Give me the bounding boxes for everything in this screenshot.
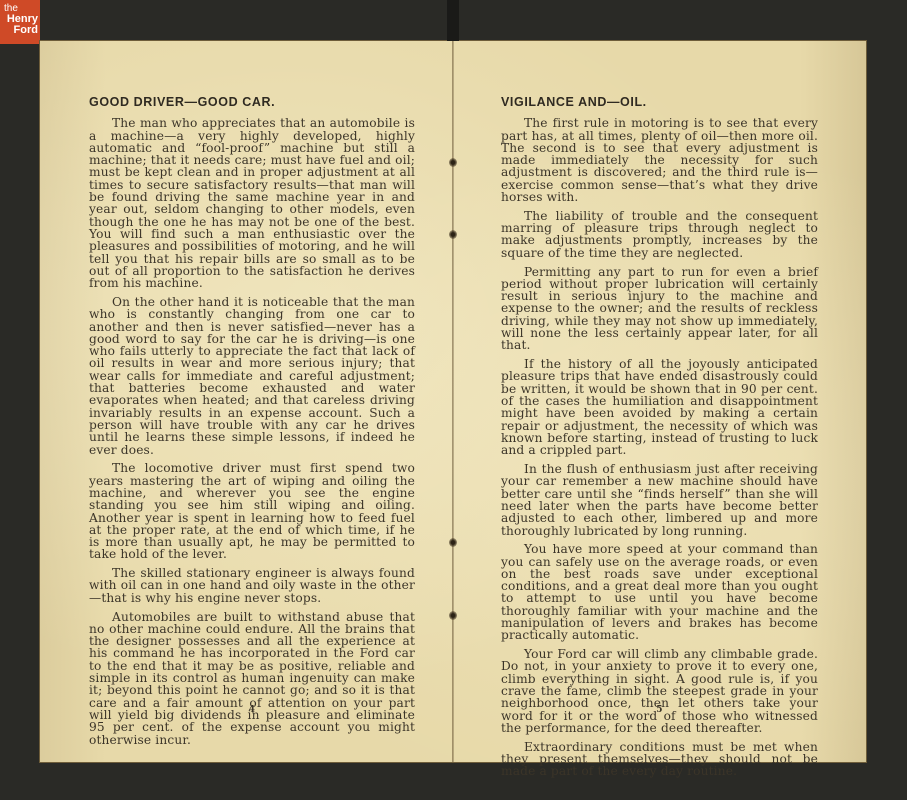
paragraph: In the flush of enthusiasm just after re… xyxy=(501,463,818,537)
paragraph: Your Ford car will climb any climbable g… xyxy=(501,648,818,734)
page-title: GOOD DRIVER—GOOD CAR. xyxy=(89,96,415,108)
paragraph: On the other hand it is noticeable that … xyxy=(89,296,415,456)
page-title: VIGILANCE AND—OIL. xyxy=(501,96,818,108)
henry-ford-logo: the Henry Ford xyxy=(0,0,40,44)
paragraph: The man who appreciates that an automobi… xyxy=(89,117,415,289)
paragraph: Automobiles are built to withstand abuse… xyxy=(89,611,415,746)
paragraph: Permitting any part to run for even a br… xyxy=(501,266,818,352)
paragraph: You have more speed at your command than… xyxy=(501,543,818,641)
paragraph: The skilled stationary engineer is alway… xyxy=(89,567,415,604)
paragraph: Extraordinary conditions must be met whe… xyxy=(501,741,818,778)
paragraph: The first rule in motoring is to see tha… xyxy=(501,117,818,203)
open-booklet: GOOD DRIVER—GOOD CAR. The man who apprec… xyxy=(40,41,866,762)
logo-text-ford: Ford xyxy=(4,25,40,36)
page-number: 4 xyxy=(89,704,415,716)
left-page: GOOD DRIVER—GOOD CAR. The man who apprec… xyxy=(89,41,415,762)
binding-staple-icon xyxy=(449,611,457,620)
paragraph: If the history of all the joyously antic… xyxy=(501,358,818,456)
paragraph: The liability of trouble and the consequ… xyxy=(501,210,818,259)
paragraph: The locomotive driver must first spend t… xyxy=(89,462,415,560)
page-number: 5 xyxy=(501,704,818,716)
spine-fold xyxy=(452,41,454,762)
spine-binding xyxy=(447,0,459,41)
right-page: VIGILANCE AND—OIL. The first rule in mot… xyxy=(501,41,818,762)
binding-staple-icon xyxy=(449,158,457,167)
binding-staple-icon xyxy=(449,538,457,547)
binding-staple-icon xyxy=(449,230,457,239)
